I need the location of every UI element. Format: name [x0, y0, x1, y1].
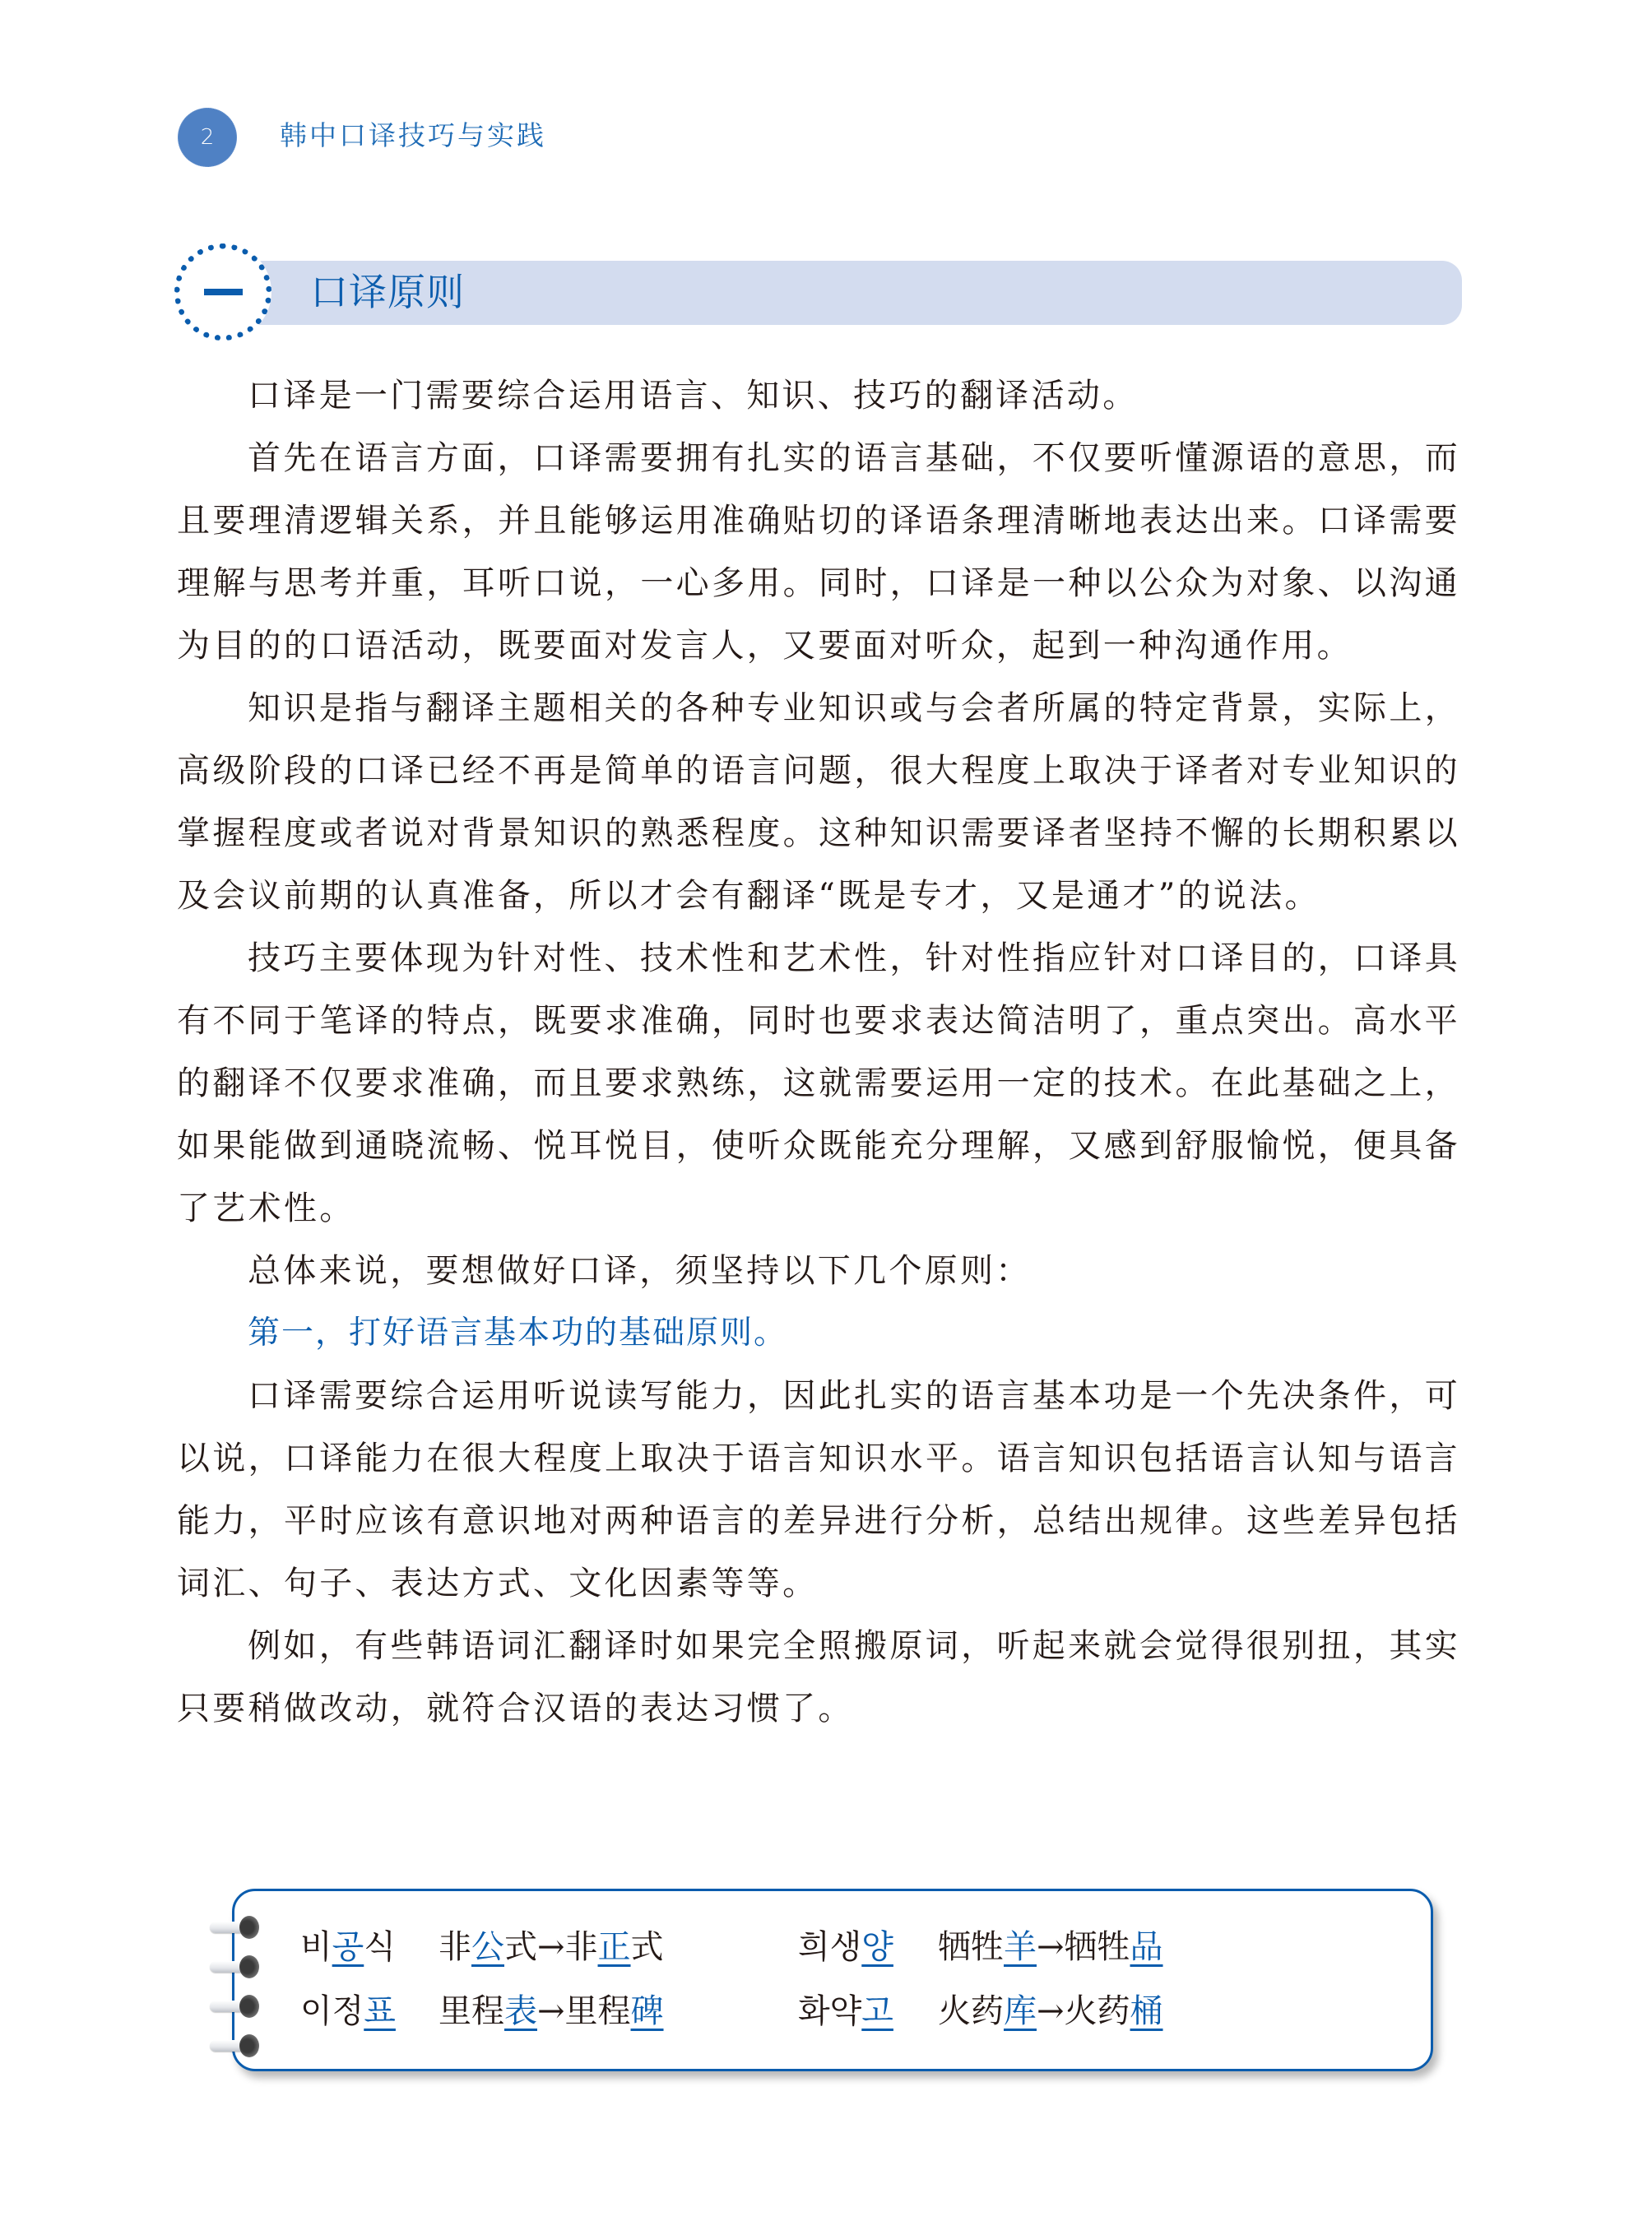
- page-header: 2 韩中口译技巧与实践: [0, 0, 1652, 189]
- arrow-icon: →: [1037, 1992, 1065, 2030]
- spiral-ring-icon: [210, 1995, 261, 2018]
- paragraph: 首先在语言方面，口译需要拥有扎实的语言基础，不仅要听懂源语的意思，而且要理清逻辑…: [177, 427, 1460, 677]
- chinese-correction: 火药库→火药桶: [938, 1987, 1163, 2036]
- paragraph: 口译是一门需要综合运用语言、知识、技巧的翻译活动。: [177, 364, 1460, 427]
- section-title: 口译原则: [310, 267, 465, 317]
- body-text: 口译是一门需要综合运用语言、知识、技巧的翻译活动。 首先在语言方面，口译需要拥有…: [177, 364, 1460, 1740]
- example-row: 이정표 里程表→里程碑 화약고 火药库→火药桶: [300, 1987, 1288, 2036]
- korean-word: 화약고: [798, 1987, 893, 2036]
- chinese-correction: 里程表→里程碑: [439, 1987, 664, 2036]
- korean-word: 비공식: [300, 1922, 396, 1972]
- section-number: 一: [174, 243, 271, 341]
- book-title: 韩中口译技巧与实践: [280, 119, 546, 152]
- arrow-icon: →: [1037, 1928, 1065, 1966]
- section-number-glyph: [204, 289, 243, 295]
- paragraph: 技巧主要体现为针对性、技术性和艺术性，针对性指应针对口译目的，口译具有不同于笔译…: [177, 927, 1460, 1240]
- paragraph: 总体来说，要想做好口译，须坚持以下几个原则：: [177, 1240, 1460, 1302]
- spiral-ring-icon: [210, 1916, 261, 1939]
- spiral-ring-icon: [210, 2034, 261, 2057]
- arrow-icon: →: [537, 1992, 565, 2030]
- chinese-correction: 牺牲羊→牺牲品: [938, 1922, 1163, 1972]
- chinese-correction: 非公式→非正式: [439, 1922, 664, 1972]
- korean-word: 이정표: [300, 1987, 396, 2036]
- paragraph: 口译需要综合运用听说读写能力，因此扎实的语言基本功是一个先决条件，可以说，口译能…: [177, 1365, 1460, 1615]
- example-row: 비공식 非公式→非正式 희생양 牺牲羊→牺牲品: [300, 1922, 1288, 1972]
- spiral-ring-icon: [210, 1955, 261, 1978]
- section-banner: 一 口译原则: [174, 243, 1463, 336]
- paragraph: 知识是指与翻译主题相关的各种专业知识或与会者所属的特定背景，实际上，高级阶段的口…: [177, 677, 1460, 927]
- page-number-badge: 2: [178, 108, 237, 167]
- arrow-icon: →: [537, 1928, 565, 1966]
- page-number: 2: [201, 125, 215, 150]
- korean-word: 희생양: [798, 1922, 893, 1972]
- paragraph: 例如，有些韩语词汇翻译时如果完全照搬原词，听起来就会觉得很别扭，其实只要稍做改动…: [177, 1615, 1460, 1740]
- principle-heading: 第一，打好语言基本功的基础原则。: [177, 1302, 1460, 1365]
- example-box: 비공식 非公式→非正式 희생양 牺牲羊→牺牲品 이정표 里程表→里程碑 화약고 …: [232, 1889, 1433, 2071]
